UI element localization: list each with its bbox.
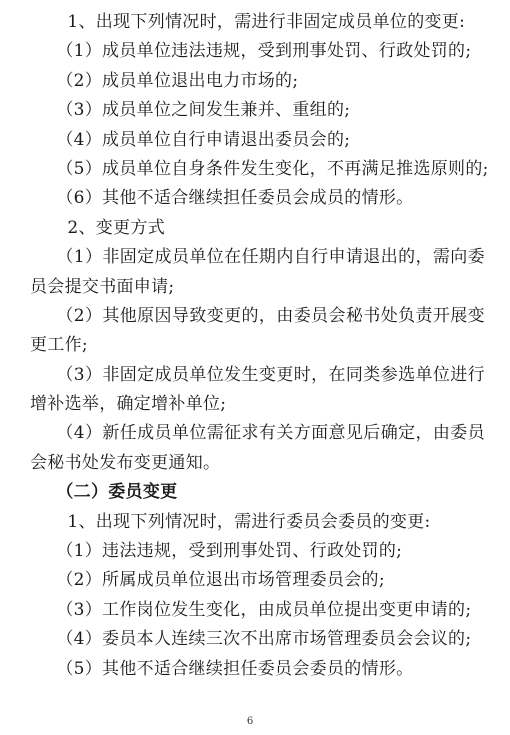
paragraph-line: （6）其他不适合继续担任委员会成员的情形。 (30, 184, 485, 213)
paragraph-line: （3）非固定成员单位发生变更时，在同类参选单位进行 (30, 361, 485, 390)
section-heading: （二）委员变更 (30, 478, 485, 507)
paragraph-line: （4）委员本人连续三次不出席市场管理委员会会议的; (30, 625, 485, 654)
paragraph-line: 1、出现下列情况时，需进行非固定成员单位的变更: (30, 8, 485, 37)
paragraph-line: （1）违法违规，受到刑事处罚、行政处罚的; (30, 537, 485, 566)
paragraph-line: （2）其他原因导致变更的，由委员会秘书处负责开展变 (30, 302, 485, 331)
paragraph-line: 更工作; (30, 331, 485, 360)
paragraph-line: （2）所属成员单位退出市场管理委员会的; (30, 566, 485, 595)
paragraph-line: 会秘书处发布变更通知。 (30, 449, 485, 478)
paragraph-line: 员会提交书面申请; (30, 273, 485, 302)
paragraph-line: （4）成员单位自行申请退出委员会的; (30, 126, 485, 155)
paragraph-line: 1、出现下列情况时，需进行委员会委员的变更: (30, 508, 485, 537)
paragraph-line: （1）非固定成员单位在任期内自行申请退出的，需向委 (30, 243, 485, 272)
paragraph-line: （3）成员单位之间发生兼并、重组的; (30, 96, 485, 125)
document-page: 1、出现下列情况时，需进行非固定成员单位的变更: （1）成员单位违法违规，受到刑… (0, 0, 510, 735)
page-number: 6 (0, 716, 500, 727)
paragraph-line: （2）成员单位退出电力市场的; (30, 67, 485, 96)
paragraph-line: （4）新任成员单位需征求有关方面意见后确定，由委员 (30, 419, 485, 448)
paragraph-line: （1）成员单位违法违规，受到刑事处罚、行政处罚的; (30, 37, 485, 66)
paragraph-line: 增补选举，确定增补单位; (30, 390, 485, 419)
document-body: 1、出现下列情况时，需进行非固定成员单位的变更: （1）成员单位违法违规，受到刑… (30, 8, 485, 684)
paragraph-line: （3）工作岗位发生变化，由成员单位提出变更申请的; (30, 596, 485, 625)
paragraph-line: （5）成员单位自身条件发生变化，不再满足推选原则的; (30, 155, 485, 184)
paragraph-line: （5）其他不适合继续担任委员会委员的情形。 (30, 655, 485, 684)
paragraph-line: 2、变更方式 (30, 214, 485, 243)
